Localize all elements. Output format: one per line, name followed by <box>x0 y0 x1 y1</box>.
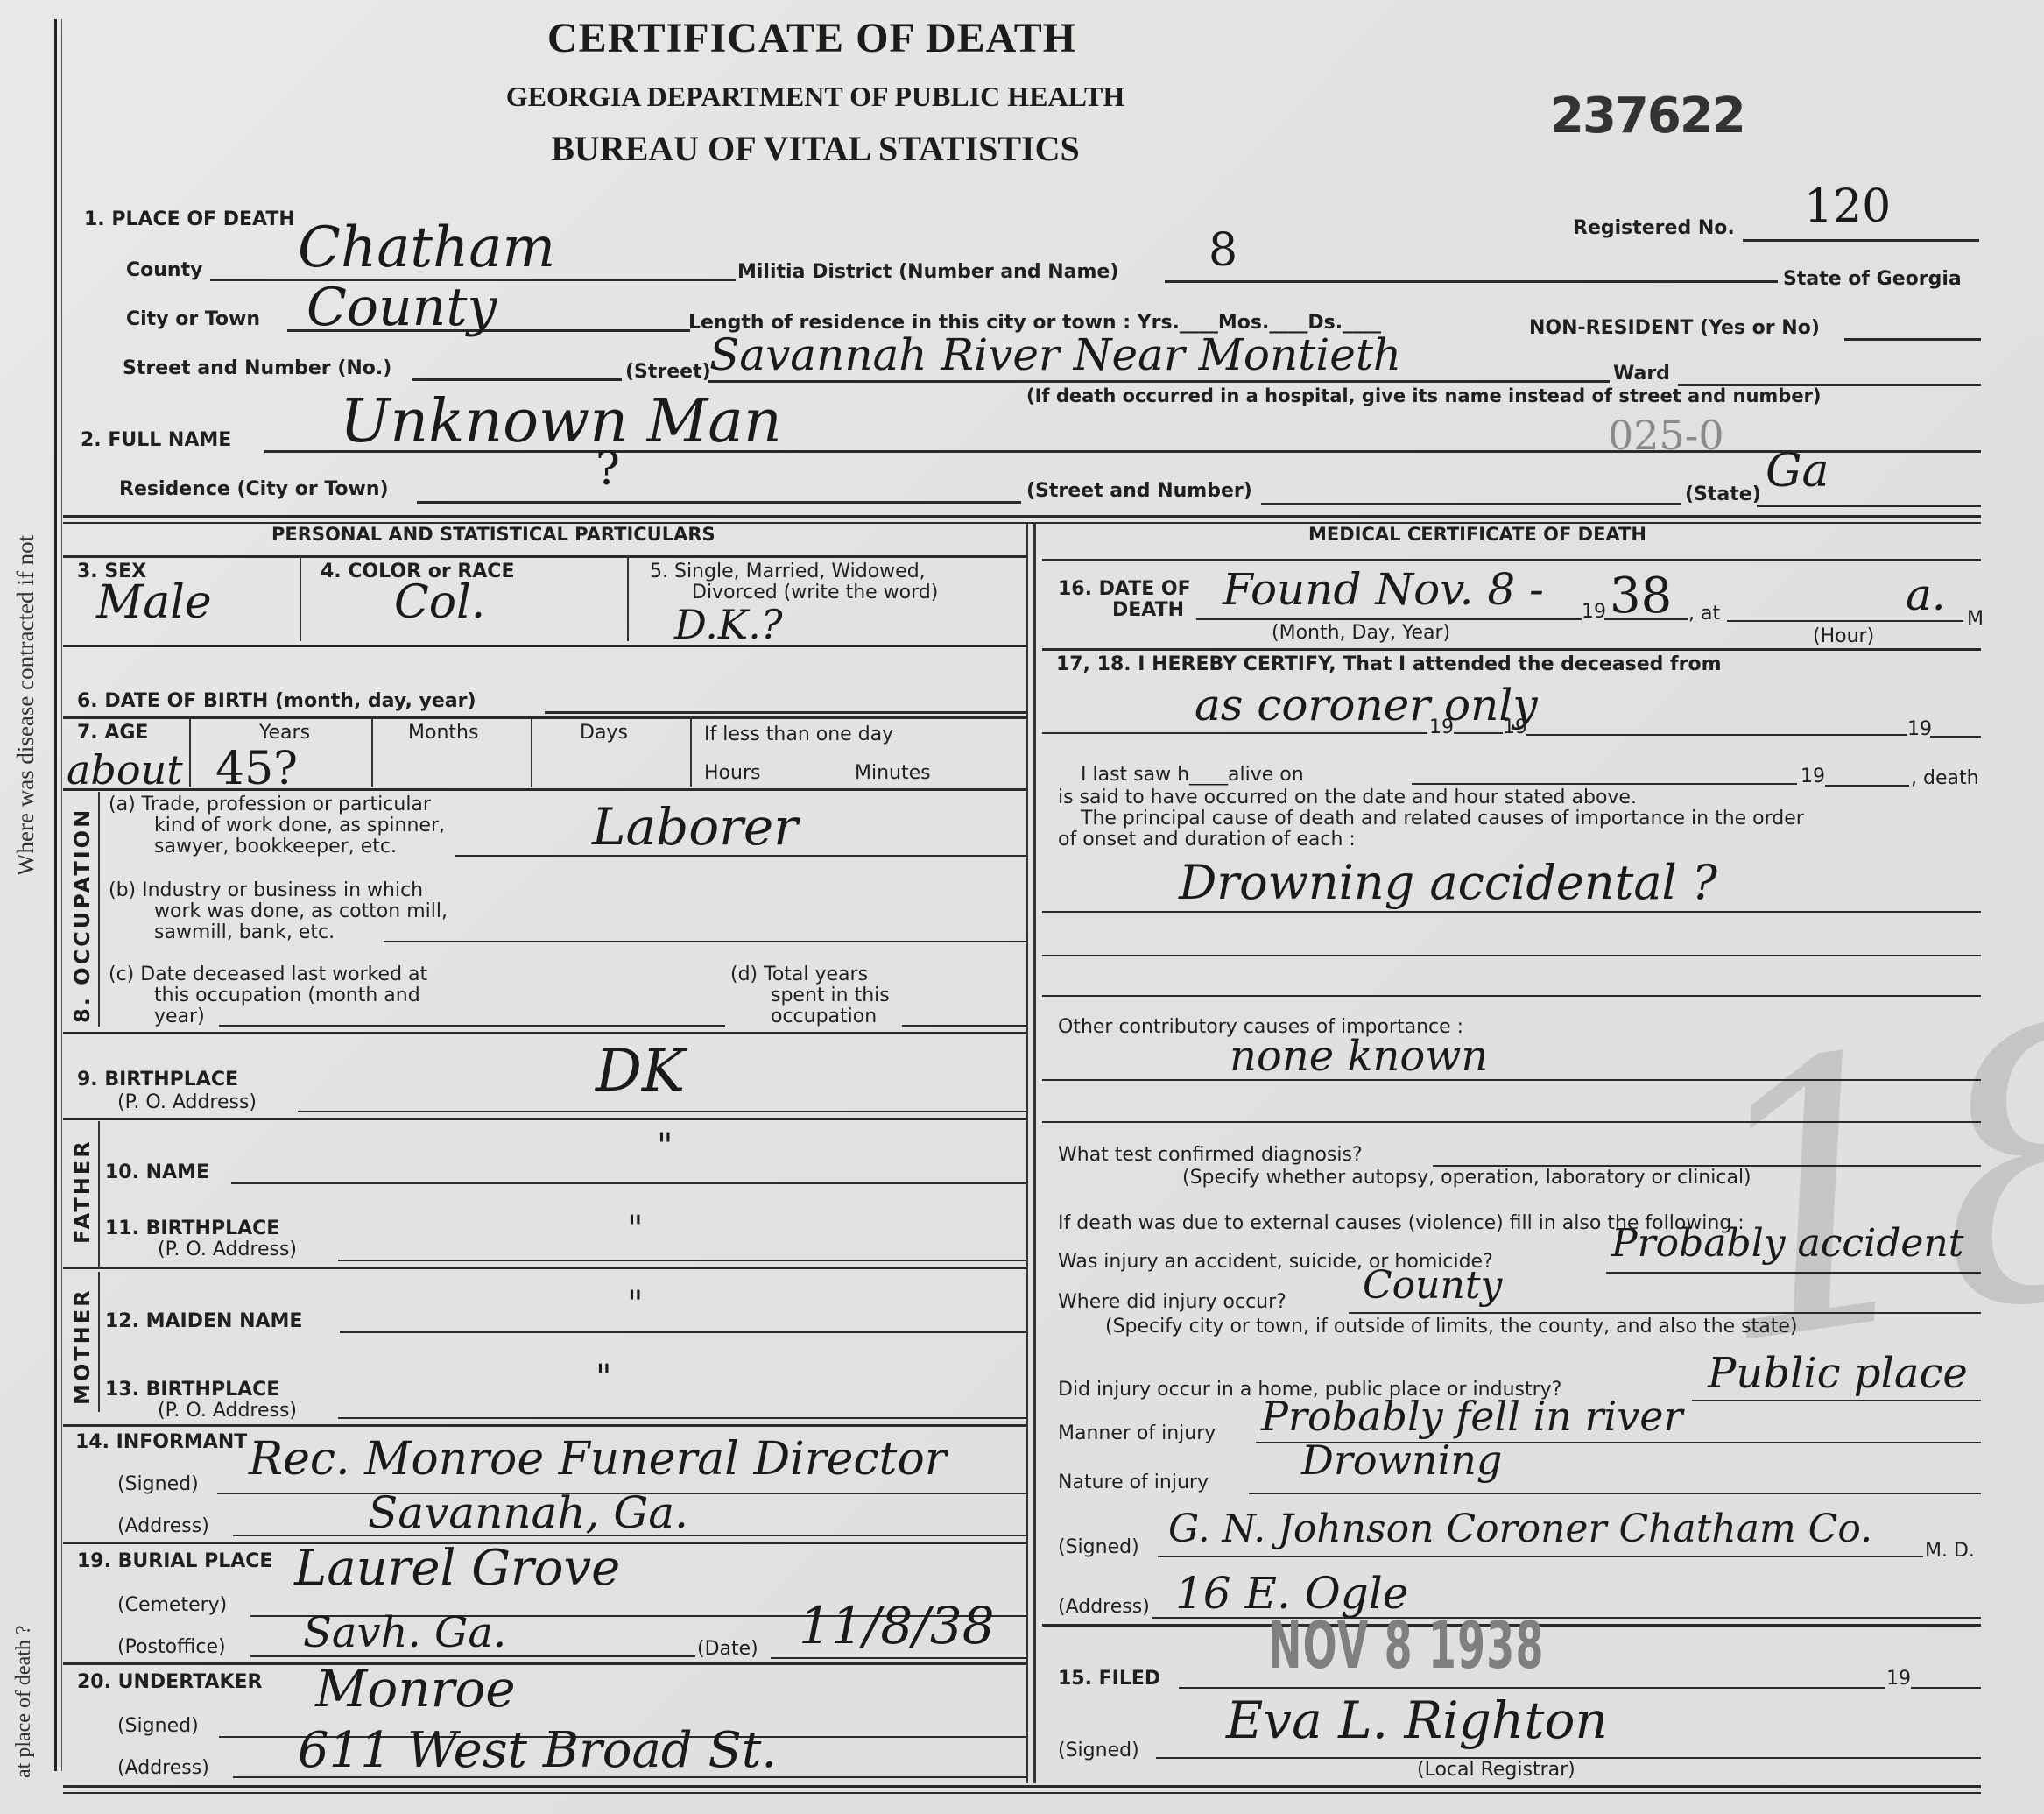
cemetery-label: (Cemetery) <box>117 1594 227 1616</box>
principal-label-1: The principal cause of death and related… <box>1081 808 1804 829</box>
registrar-signed-label: (Signed) <box>1058 1740 1139 1761</box>
street-line <box>708 380 1610 383</box>
accident-line <box>1606 1272 1981 1274</box>
filed-date-stamp: NOV 8 1938 <box>1268 1608 1545 1683</box>
mother-name-label: 12. MAIDEN NAME <box>105 1310 302 1332</box>
informant-address-value[interactable]: Savannah, Ga. <box>368 1487 688 1538</box>
column-divider <box>1033 522 1036 1783</box>
column-divider-2 <box>1026 522 1028 1783</box>
full-name-code: 025-0 <box>1608 412 1724 459</box>
cause-line-3 <box>1042 995 1981 997</box>
certify-19a: 19 <box>1429 716 1454 738</box>
certify-line-2 <box>1454 732 1503 734</box>
death-certificate-page: Where was disease contracted if not at p… <box>0 0 2044 1814</box>
row-rule-7 <box>63 1424 1026 1427</box>
postoffice-label: (Postoffice) <box>117 1636 226 1658</box>
row-rule-3 <box>63 788 1026 791</box>
burial-date-value[interactable]: 11/8/38 <box>799 1596 995 1655</box>
registrar-caption: (Local Registrar) <box>1417 1759 1575 1781</box>
street-value[interactable]: Savannah River Near Montieth <box>709 329 1401 380</box>
street-label: (Street) <box>625 361 711 383</box>
city-value[interactable]: County <box>307 277 497 338</box>
last-saw-label: I last saw h____alive on <box>1081 764 1304 786</box>
margin-note-line-1: Where was disease contracted if not <box>12 535 39 876</box>
years-label: Years <box>259 722 310 744</box>
occupation-side-label: 8. OCCUPATION <box>70 808 95 1023</box>
accident-value[interactable]: Probably accident <box>1611 1221 1963 1266</box>
certify-label: 17, 18. I HEREBY CERTIFY, That I attende… <box>1056 653 1722 675</box>
dob-line <box>545 711 1026 714</box>
residence-state-line <box>1757 505 1981 507</box>
principal-cause-value[interactable]: Drowning accidental ? <box>1179 855 1717 910</box>
occ-c-label-3: year) <box>154 1006 205 1027</box>
registrar-value[interactable]: Eva L. Righton <box>1226 1690 1608 1750</box>
certify-19b: 19 <box>1503 716 1527 738</box>
undertaker-signed-label: (Signed) <box>117 1715 199 1737</box>
informant-value[interactable]: Rec. Monroe Funeral Director <box>249 1433 947 1486</box>
file-number-stamp: 237622 <box>1550 88 1744 145</box>
age-label: 7. AGE <box>77 722 148 744</box>
date-of-death-label-2: DEATH <box>1112 599 1184 621</box>
row-rule-2 <box>63 716 1026 719</box>
less-than-day-label: If less than one day <box>704 723 893 745</box>
dob-label: 6. DATE OF BIRTH (month, day, year) <box>77 690 476 712</box>
age-prefix[interactable]: about <box>67 746 183 794</box>
other-line-1 <box>1042 1079 1981 1081</box>
father-birthplace-label: 11. BIRTHPLACE <box>105 1218 279 1239</box>
occupation-side-divider <box>98 792 100 1027</box>
hour-caption: (Hour) <box>1813 625 1874 647</box>
medical-heading: MEDICAL CERTIFICATE OF DEATH <box>1308 524 1646 545</box>
age-divider-2 <box>371 718 373 787</box>
occ-c-line <box>219 1025 725 1027</box>
non-resident-label: NON-RESIDENT (Yes or No) <box>1529 317 1820 339</box>
residence-street-label: (Street and Number) <box>1026 480 1252 502</box>
date-of-death-value[interactable]: Found Nov. 8 - <box>1223 564 1544 615</box>
md-address-label: (Address) <box>1058 1596 1150 1618</box>
date-of-death-line <box>1196 618 1582 620</box>
home-line <box>1692 1400 1981 1401</box>
mother-birthplace-po-label: (P. O. Address) <box>158 1400 297 1422</box>
where-value[interactable]: County <box>1363 1263 1502 1308</box>
left-border-rule-inner <box>61 19 62 1771</box>
certify-line-1 <box>1042 732 1427 734</box>
manner-label: Manner of injury <box>1058 1422 1216 1444</box>
other-line-2 <box>1042 1121 1981 1123</box>
full-name-value[interactable]: Unknown Man <box>340 387 782 456</box>
certify-line-3 <box>1526 734 1907 736</box>
informant-label: 14. INFORMANT <box>75 1431 247 1453</box>
last-saw-line <box>1412 783 1797 785</box>
marital-label-1: 5. Single, Married, Widowed, <box>650 561 926 582</box>
occ-b-label-3: sawmill, bank, etc. <box>154 921 335 943</box>
filed-year-line <box>1911 1687 1981 1689</box>
father-name-value[interactable]: " <box>657 1126 673 1167</box>
mother-side-label: MOTHER <box>70 1288 95 1405</box>
mother-birthplace-value[interactable]: " <box>596 1358 611 1398</box>
marital-value[interactable]: D.K.? <box>674 601 783 648</box>
occ-c-label-1: (c) Date deceased last worked at <box>109 963 427 985</box>
certify-line-4 <box>1930 736 1981 738</box>
occ-d-label-3: occupation <box>771 1006 877 1027</box>
occ-a-value[interactable]: Laborer <box>592 797 798 857</box>
race-marital-divider <box>627 557 629 641</box>
bottom-rule-2 <box>63 1792 1981 1794</box>
other-causes-value[interactable]: none known <box>1230 1032 1488 1081</box>
hours-label: Hours <box>704 762 760 784</box>
state-of-georgia-label: State of Georgia <box>1783 268 1962 290</box>
cause-line-2 <box>1042 955 1981 956</box>
certify-19c: 19 <box>1907 718 1932 740</box>
age-divider-4 <box>690 718 692 787</box>
occ-a-label-3: sawyer, bookkeeper, etc. <box>154 836 397 858</box>
certify-value[interactable]: as coroner only <box>1195 680 1538 731</box>
residence-state-value[interactable]: Ga <box>1766 445 1829 498</box>
cause-line-1 <box>1042 911 1981 913</box>
burial-date-label: (Date) <box>697 1638 758 1660</box>
militia-district-label: Militia District (Number and Name) <box>737 261 1118 283</box>
burial-place-label: 19. BURIAL PLACE <box>77 1550 272 1572</box>
occ-a-label-1: (a) Trade, profession or particular <box>109 794 431 815</box>
last-saw-label-2: is said to have occurred on the date and… <box>1058 787 1637 808</box>
row-rule-1 <box>63 645 1026 647</box>
home-value[interactable]: Public place <box>1708 1349 1968 1398</box>
occ-d-label-1: (d) Total years <box>730 963 868 985</box>
residence-street-line <box>1261 503 1681 505</box>
death-year-value[interactable]: 38 <box>1610 568 1672 625</box>
occ-d-line <box>902 1025 1026 1027</box>
date-of-death-label-1: 16. DATE OF <box>1058 578 1191 600</box>
row-rule-4 <box>63 1032 1026 1034</box>
race-value[interactable]: Col. <box>394 576 485 629</box>
burial-date-line <box>771 1657 1026 1659</box>
father-birthplace-line <box>338 1260 1026 1261</box>
years-value[interactable]: 45? <box>215 743 298 795</box>
father-name-label: 10. NAME <box>105 1161 209 1183</box>
death-hour-value[interactable]: a. <box>1906 569 1946 620</box>
cemetery-value[interactable]: Laurel Grove <box>294 1540 620 1597</box>
last-saw-death: , death <box>1911 767 1979 789</box>
birthplace-po-label: (P. O. Address) <box>117 1091 257 1113</box>
bottom-rule <box>63 1785 1981 1788</box>
occ-b-line <box>384 941 1026 942</box>
residence-line <box>417 501 1021 504</box>
nature-line <box>1249 1493 1981 1494</box>
city-label: City or Town <box>126 308 260 330</box>
at-label: , at <box>1688 603 1720 625</box>
father-birthplace-value[interactable]: " <box>627 1209 643 1249</box>
md-label: M. D. <box>1925 1540 1975 1562</box>
margin-note-line-2: at place of death ? <box>12 1625 36 1778</box>
birthplace-line <box>298 1111 1026 1112</box>
where-caption: (Specify city or town, if outside of lim… <box>1105 1316 1797 1338</box>
militia-line <box>1165 280 1778 283</box>
nature-value[interactable]: Drowning <box>1301 1436 1502 1484</box>
occ-b-label-1: (b) Industry or business in which <box>109 879 423 901</box>
undertaker-address-label: (Address) <box>117 1757 209 1779</box>
medical-rule-1 <box>1042 648 1981 651</box>
registered-no-label: Registered No. <box>1573 217 1735 239</box>
test-caption: (Specify whether autopsy, operation, lab… <box>1182 1167 1751 1189</box>
father-side-divider <box>98 1121 100 1267</box>
mother-name-value[interactable]: " <box>627 1284 643 1324</box>
birthplace-value[interactable]: DK <box>596 1037 685 1105</box>
registered-no-line <box>1743 239 1979 242</box>
county-label: County <box>126 259 202 281</box>
informant-address-label: (Address) <box>117 1515 209 1537</box>
principal-label-2: of onset and duration of each : <box>1058 829 1356 851</box>
age-divider-3 <box>531 718 532 787</box>
full-name-label: 2. FULL NAME <box>81 429 231 451</box>
md-signed-label: (Signed) <box>1058 1536 1139 1558</box>
minutes-label: Minutes <box>855 762 931 784</box>
age-divider-1 <box>189 718 191 787</box>
death-year-prefix: 19 <box>1582 601 1606 623</box>
mdy-caption: (Month, Day, Year) <box>1272 622 1450 644</box>
death-hour-line <box>1727 620 1963 622</box>
occ-b-label-2: work was done, as cotton mill, <box>154 900 448 922</box>
father-side-label: FATHER <box>70 1139 95 1244</box>
row-rule-6 <box>63 1267 1026 1269</box>
father-birthplace-po-label: (P. O. Address) <box>158 1239 297 1260</box>
where-line <box>1349 1312 1981 1314</box>
father-name-line <box>231 1182 1026 1184</box>
residence-label: Residence (City or Town) <box>119 478 389 500</box>
filed-19: 19 <box>1886 1668 1911 1690</box>
birthplace-label: 9. BIRTHPLACE <box>77 1069 238 1091</box>
filed-label: 15. FILED <box>1058 1668 1160 1690</box>
medical-heading-rule <box>1042 559 1981 561</box>
months-label: Months <box>408 722 478 744</box>
where-label: Where did injury occur? <box>1058 1291 1286 1313</box>
section-divider-top <box>63 515 1981 518</box>
sex-race-divider <box>300 557 301 641</box>
undertaker-label: 20. UNDERTAKER <box>77 1671 263 1693</box>
md-signed-value[interactable]: G. N. Johnson Coroner Chatham Co. <box>1168 1507 1872 1551</box>
informant-signed-label: (Signed) <box>117 1473 199 1495</box>
personal-heading-rule <box>63 555 1026 558</box>
days-label: Days <box>580 722 628 744</box>
ward-label: Ward <box>1613 363 1670 385</box>
undertaker-value[interactable]: Monroe <box>315 1659 516 1719</box>
nature-label: Nature of injury <box>1058 1472 1209 1493</box>
row-rule-9 <box>63 1662 1026 1665</box>
registered-no-value[interactable]: 120 <box>1804 180 1891 233</box>
militia-value[interactable]: 8 <box>1209 224 1237 277</box>
occ-d-label-2: spent in this <box>771 985 890 1006</box>
personal-heading: PERSONAL AND STATISTICAL PARTICULARS <box>271 524 715 545</box>
test-label: What test confirmed diagnosis? <box>1058 1144 1363 1166</box>
sex-value[interactable]: Male <box>96 576 212 629</box>
last-saw-19: 19 <box>1801 766 1825 787</box>
non-resident-line <box>1844 338 1981 341</box>
row-rule-5 <box>63 1118 1026 1120</box>
mother-name-line <box>340 1331 1026 1333</box>
place-of-death-label: 1. PLACE OF DEATH <box>84 208 295 230</box>
md-signed-line <box>1158 1556 1923 1557</box>
undertaker-address-value[interactable]: 611 West Broad St. <box>298 1722 777 1779</box>
hospital-note: (If death occurred in a hospital, give i… <box>1026 385 1822 406</box>
occ-c-label-2: this occupation (month and <box>154 985 420 1006</box>
filed-line <box>1179 1687 1885 1689</box>
street-number-line <box>412 378 622 381</box>
last-saw-year-line <box>1825 785 1909 787</box>
manner-value[interactable]: Probably fell in river <box>1261 1393 1682 1440</box>
mother-side-divider <box>98 1272 100 1412</box>
occ-a-label-2: kind of work done, as spinner, <box>154 815 445 836</box>
mother-birthplace-label: 13. BIRTHPLACE <box>105 1379 279 1401</box>
postoffice-value[interactable]: Savh. Ga. <box>303 1608 506 1657</box>
m-label: M <box>1967 608 1984 630</box>
residence-value[interactable]: ? <box>596 443 620 496</box>
certificate-title: CERTIFICATE OF DEATH <box>0 14 1834 62</box>
street-number-label: Street and Number (No.) <box>123 357 391 379</box>
left-border-rule <box>54 19 57 1771</box>
county-value[interactable]: Chatham <box>298 215 555 280</box>
residence-state-label: (State) <box>1685 483 1761 505</box>
mother-birthplace-line <box>338 1417 1026 1419</box>
margin-note: Where was disease contracted if not at p… <box>5 0 58 1814</box>
